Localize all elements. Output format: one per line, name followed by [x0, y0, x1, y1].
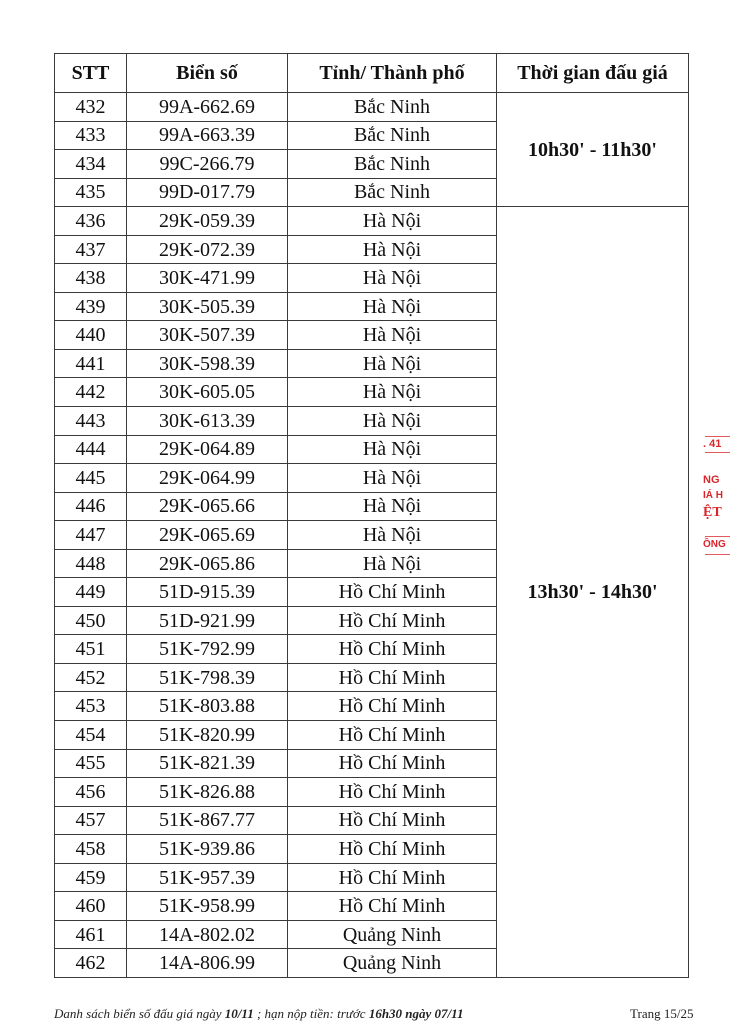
cell-stt: 448 [55, 549, 127, 578]
cell-plate-number: 14A-806.99 [127, 949, 288, 978]
cell-stt: 456 [55, 778, 127, 807]
cell-stt: 433 [55, 121, 127, 150]
cell-stt: 457 [55, 806, 127, 835]
footer-auction-date: 10/11 [225, 1006, 254, 1021]
stamp-rule [705, 536, 730, 537]
cell-province: Hồ Chí Minh [288, 892, 497, 921]
cell-plate-number: 51K-792.99 [127, 635, 288, 664]
cell-plate-number: 29K-064.89 [127, 435, 288, 464]
cell-stt: 450 [55, 606, 127, 635]
cell-plate-number: 30K-613.39 [127, 407, 288, 436]
license-plate-auction-table: STT Biển số Tỉnh/ Thành phố Thời gian đấ… [54, 53, 689, 978]
cell-province: Hồ Chí Minh [288, 692, 497, 721]
cell-province: Hà Nội [288, 407, 497, 436]
cell-stt: 437 [55, 235, 127, 264]
cell-stt: 436 [55, 207, 127, 236]
cell-province: Bắc Ninh [288, 178, 497, 207]
cell-stt: 434 [55, 150, 127, 179]
stamp-text: . 41 [703, 439, 721, 450]
footer-text-2: ; hạn nộp tiền: trước [254, 1006, 369, 1021]
cell-province: Quảng Ninh [288, 949, 497, 978]
cell-plate-number: 51K-798.39 [127, 663, 288, 692]
cell-auction-time: 10h30' - 11h30' [497, 93, 689, 207]
cell-province: Hồ Chí Minh [288, 635, 497, 664]
cell-plate-number: 29K-065.86 [127, 549, 288, 578]
cell-stt: 441 [55, 349, 127, 378]
cell-stt: 455 [55, 749, 127, 778]
cell-plate-number: 51K-821.39 [127, 749, 288, 778]
cell-plate-number: 99D-017.79 [127, 178, 288, 207]
cell-province: Hà Nội [288, 207, 497, 236]
cell-province: Bắc Ninh [288, 150, 497, 179]
cell-plate-number: 29K-065.69 [127, 521, 288, 550]
cell-plate-number: 30K-505.39 [127, 292, 288, 321]
cell-stt: 449 [55, 578, 127, 607]
cell-plate-number: 99A-663.39 [127, 121, 288, 150]
cell-stt: 442 [55, 378, 127, 407]
cell-stt: 461 [55, 920, 127, 949]
cell-auction-time: 13h30' - 14h30' [497, 207, 689, 978]
table-row: 43299A-662.69Bắc Ninh10h30' - 11h30' [55, 93, 689, 122]
cell-plate-number: 51K-957.39 [127, 863, 288, 892]
cell-stt: 454 [55, 721, 127, 750]
cell-stt: 459 [55, 863, 127, 892]
cell-stt: 447 [55, 521, 127, 550]
cell-province: Hồ Chí Minh [288, 806, 497, 835]
cell-stt: 453 [55, 692, 127, 721]
cell-stt: 460 [55, 892, 127, 921]
stamp-rule [705, 554, 730, 555]
cell-stt: 432 [55, 93, 127, 122]
cell-plate-number: 29K-064.99 [127, 464, 288, 493]
cell-plate-number: 29K-065.66 [127, 492, 288, 521]
cell-province: Hà Nội [288, 378, 497, 407]
cell-province: Hà Nội [288, 264, 497, 293]
footer-note: Danh sách biển số đấu giá ngày 10/11 ; h… [54, 1006, 463, 1022]
cell-plate-number: 51K-820.99 [127, 721, 288, 750]
stamp-text: IÁ H [703, 491, 723, 501]
cell-stt: 445 [55, 464, 127, 493]
cell-province: Hồ Chí Minh [288, 863, 497, 892]
cell-province: Hà Nội [288, 435, 497, 464]
cell-plate-number: 29K-072.39 [127, 235, 288, 264]
page-number: Trang 15/25 [630, 1006, 693, 1022]
cell-stt: 458 [55, 835, 127, 864]
cell-stt: 451 [55, 635, 127, 664]
cell-plate-number: 51K-958.99 [127, 892, 288, 921]
cell-province: Hồ Chí Minh [288, 663, 497, 692]
header-plate-number: Biển số [127, 54, 288, 93]
cell-plate-number: 30K-598.39 [127, 349, 288, 378]
cell-stt: 462 [55, 949, 127, 978]
cell-province: Hồ Chí Minh [288, 578, 497, 607]
cell-province: Hà Nội [288, 292, 497, 321]
stamp-rule [705, 452, 730, 453]
cell-province: Hà Nội [288, 492, 497, 521]
cell-province: Hồ Chí Minh [288, 606, 497, 635]
cell-plate-number: 51K-803.88 [127, 692, 288, 721]
cell-province: Hà Nội [288, 521, 497, 550]
footer-payment-deadline: 16h30 ngày 07/11 [369, 1006, 464, 1021]
cell-province: Hồ Chí Minh [288, 749, 497, 778]
stamp-text: ỆT [703, 506, 722, 520]
cell-plate-number: 51K-867.77 [127, 806, 288, 835]
cell-stt: 443 [55, 407, 127, 436]
cell-province: Hà Nội [288, 549, 497, 578]
cell-plate-number: 29K-059.39 [127, 207, 288, 236]
cell-stt: 444 [55, 435, 127, 464]
stamp-text: ỒNG [703, 540, 726, 550]
cell-province: Bắc Ninh [288, 121, 497, 150]
cell-plate-number: 30K-605.05 [127, 378, 288, 407]
cell-plate-number: 51K-826.88 [127, 778, 288, 807]
header-auction-time: Thời gian đấu giá [497, 54, 689, 93]
cell-province: Hà Nội [288, 349, 497, 378]
cell-province: Hà Nội [288, 321, 497, 350]
cell-plate-number: 99C-266.79 [127, 150, 288, 179]
stamp-text: NG [703, 475, 720, 486]
footer-text-1: Danh sách biển số đấu giá ngày [54, 1006, 225, 1021]
cell-province: Hà Nội [288, 235, 497, 264]
cell-plate-number: 30K-507.39 [127, 321, 288, 350]
cell-province: Hà Nội [288, 464, 497, 493]
cell-plate-number: 99A-662.69 [127, 93, 288, 122]
table-header-row: STT Biển số Tỉnh/ Thành phố Thời gian đấ… [55, 54, 689, 93]
cell-stt: 438 [55, 264, 127, 293]
header-stt: STT [55, 54, 127, 93]
table-row: 43629K-059.39Hà Nội13h30' - 14h30' [55, 207, 689, 236]
cell-stt: 440 [55, 321, 127, 350]
cell-plate-number: 30K-471.99 [127, 264, 288, 293]
header-province: Tỉnh/ Thành phố [288, 54, 497, 93]
cell-plate-number: 51D-921.99 [127, 606, 288, 635]
cell-plate-number: 51D-915.39 [127, 578, 288, 607]
cell-province: Bắc Ninh [288, 93, 497, 122]
cell-stt: 452 [55, 663, 127, 692]
cell-province: Hồ Chí Minh [288, 835, 497, 864]
red-seal-stamp-fragment: . 41 NG IÁ H ỆT ỒNG [703, 430, 730, 570]
cell-stt: 439 [55, 292, 127, 321]
cell-province: Hồ Chí Minh [288, 721, 497, 750]
cell-stt: 446 [55, 492, 127, 521]
cell-plate-number: 51K-939.86 [127, 835, 288, 864]
cell-province: Quảng Ninh [288, 920, 497, 949]
cell-stt: 435 [55, 178, 127, 207]
stamp-rule [705, 436, 730, 437]
cell-plate-number: 14A-802.02 [127, 920, 288, 949]
cell-province: Hồ Chí Minh [288, 778, 497, 807]
